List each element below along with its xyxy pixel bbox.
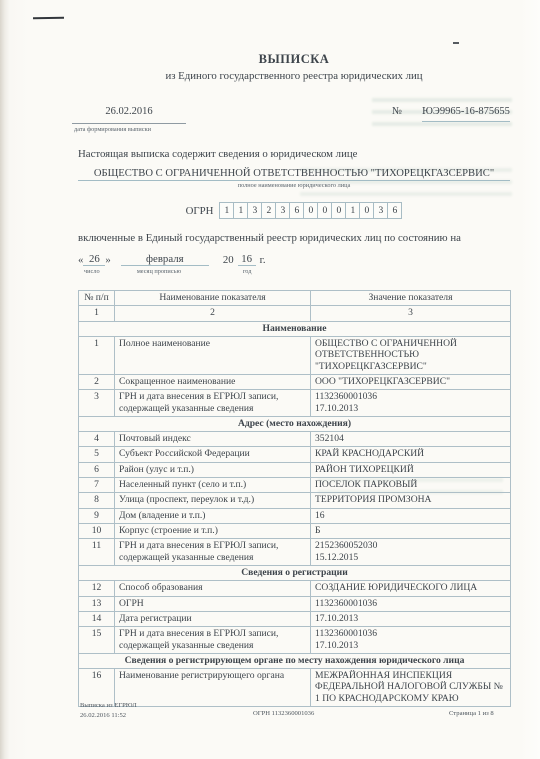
ogrn-digit-box: 3 (373, 202, 388, 219)
row-indicator-name: Почтовый индекс (115, 432, 311, 447)
scan-pen-mark (33, 17, 64, 20)
table-row: 15ГРН и дата внесения в ЕГРЮЛ записи, со… (79, 627, 511, 654)
section-title: Адрес (место нахождения) (79, 416, 511, 431)
table-row: 11ГРН и дата внесения в ЕГРЮЛ записи, со… (79, 539, 511, 566)
day-value: 26 (83, 253, 105, 266)
day-group: « 26 » число (78, 253, 111, 275)
row-number: 15 (79, 627, 115, 654)
table-row: 4Почтовый индекс352104 (79, 432, 511, 447)
row-number: 6 (79, 462, 115, 477)
section-header-row: Адрес (место нахождения) (79, 416, 511, 431)
row-indicator-value: 1132360001036 (311, 596, 511, 611)
row-number: 9 (79, 508, 115, 523)
row-indicator-value: Б (311, 524, 511, 539)
row-number: 7 (79, 478, 115, 493)
table-row: 2Сокращенное наименованиеООО "ТИХОРЕЦКГА… (79, 374, 511, 389)
section-title: Сведения о регистрации (79, 565, 511, 580)
col-header-name: Наименование показателя (115, 291, 311, 306)
row-indicator-name: Улица (проспект, переулок и т.д.) (115, 493, 311, 508)
row-number: 14 (79, 611, 115, 626)
row-indicator-name: Корпус (строение и т.п.) (115, 524, 311, 539)
row-indicator-value: КРАЙ КРАСНОДАРСКИЙ (311, 447, 511, 462)
ogrn-digit-box: 1 (219, 202, 234, 219)
document-subtitle: из Единого государственного реестра юрид… (78, 70, 510, 82)
table-row: 12Способ образованияСОЗДАНИЕ ЮРИДИЧЕСКОГ… (79, 581, 511, 596)
meta-row: 26.02.2016 дата формирования выписки № Ю… (78, 106, 510, 133)
document-number-block: № ЮЭ9965-16-875655 (392, 106, 510, 122)
row-number: 11 (79, 539, 115, 566)
month-caption: месяц прописью (137, 268, 223, 275)
ogrn-digit-box: 0 (317, 202, 332, 219)
col-number: 1 (79, 306, 115, 321)
century-value: 20 (223, 254, 234, 266)
company-name-caption: полное наименование юридического лица (78, 182, 510, 189)
register-table: № п/п Наименование показателя Значение п… (78, 290, 511, 707)
section-header-row: Сведения о регистрирующем органе по мест… (79, 653, 511, 668)
table-row: 9Дом (владение и т.п.)16 (79, 508, 511, 523)
table-row: 8Улица (проспект, переулок и т.д.)ТЕРРИТ… (79, 493, 511, 508)
row-indicator-name: Наименование регистрирующего органа (115, 669, 311, 707)
month-group: февраля месяц прописью (111, 253, 223, 275)
row-indicator-value: МЕЖРАЙОННАЯ ИНСПЕКЦИЯ ФЕДЕРАЛЬНОЙ НАЛОГО… (311, 669, 511, 707)
day-caption: число (84, 268, 111, 275)
row-indicator-value: ПОСЕЛОК ПАРКОВЫЙ (311, 478, 511, 493)
row-number: 13 (79, 596, 115, 611)
row-indicator-value: 2152360052030 15.12.2015 (311, 539, 511, 566)
row-number: 8 (79, 493, 115, 508)
document-number: ЮЭ9965-16-875655 (422, 106, 510, 122)
row-indicator-value: ОБЩЕСТВО С ОГРАНИЧЕННОЙ ОТВЕТСТВЕННОСТЬЮ… (311, 336, 511, 374)
row-number: 12 (79, 581, 115, 596)
table-header-row: № п/п Наименование показателя Значение п… (79, 291, 511, 306)
ogrn-digit-box: 1 (233, 202, 248, 219)
row-indicator-value: 17.10.2013 (311, 611, 511, 626)
year-group: 20 16 г. год (223, 253, 266, 275)
table-row: 6Район (улус и т.п.)РАЙОН ТИХОРЕЦКИЙ (79, 462, 511, 477)
row-indicator-name: ОГРН (115, 596, 311, 611)
col-header-num: № п/п (79, 291, 115, 306)
row-indicator-value: РАЙОН ТИХОРЕЦКИЙ (311, 462, 511, 477)
row-indicator-value: СОЗДАНИЕ ЮРИДИЧЕСКОГО ЛИЦА (311, 581, 511, 596)
table-row: 14Дата регистрации17.10.2013 (79, 611, 511, 626)
ogrn-digit-box: 6 (289, 202, 304, 219)
col-header-value: Значение показателя (311, 291, 511, 306)
row-indicator-name: Населенный пункт (село и т.п.) (115, 478, 311, 493)
footer-page-number: Страница 1 из 8 (449, 709, 494, 719)
table-row: 1Полное наименованиеОБЩЕСТВО С ОГРАНИЧЕН… (79, 336, 511, 374)
row-indicator-value: 352104 (311, 432, 511, 447)
row-indicator-name: Способ образования (115, 581, 311, 596)
footer-doc-type: Выписка из ЕГРЮЛ (80, 701, 137, 711)
ogrn-digit-box: 3 (247, 202, 262, 219)
ogrn-digit-box: 0 (303, 202, 318, 219)
row-indicator-name: Дом (владение и т.п.) (115, 508, 311, 523)
row-number: 1 (79, 336, 115, 374)
table-row: 10Корпус (строение и т.п.)Б (79, 524, 511, 539)
ogrn-digit-box: 2 (261, 202, 276, 219)
ogrn-digit-box: 0 (359, 202, 374, 219)
year-caption: год (243, 268, 266, 275)
section-header-row: Наименование (79, 321, 511, 336)
row-indicator-name: ГРН и дата внесения в ЕГРЮЛ записи, соде… (115, 390, 311, 417)
ogrn-label: ОГРН (186, 205, 214, 217)
col-number: 2 (115, 306, 311, 321)
footer-left: Выписка из ЕГРЮЛ 26.02.2016 11:52 (80, 701, 137, 721)
section-title: Сведения о регистрирующем органе по мест… (79, 653, 511, 668)
ogrn-digit-box: 1 (345, 202, 360, 219)
row-indicator-value: ООО "ТИХОРЕЦКГАЗСЕРВИС" (311, 374, 511, 389)
ogrn-line: ОГРН 1132360001036 (78, 202, 510, 219)
row-indicator-name: Сокращенное наименование (115, 374, 311, 389)
ogrn-digit-box: 6 (387, 202, 402, 219)
formation-date: 26.02.2016 (72, 106, 186, 124)
number-sign: № (392, 106, 402, 117)
document-title: ВЫПИСКА (78, 0, 510, 67)
ogrn-digit-box: 3 (275, 202, 290, 219)
row-indicator-name: ГРН и дата внесения в ЕГРЮЛ записи, соде… (115, 627, 311, 654)
year-suffix: г. (260, 254, 266, 266)
footer-ogrn: ОГРН 1132360001036 (253, 709, 314, 719)
row-number: 10 (79, 524, 115, 539)
row-indicator-name: ГРН и дата внесения в ЕГРЮЛ записи, соде… (115, 539, 311, 566)
section-header-row: Сведения о регистрации (79, 565, 511, 580)
row-number: 4 (79, 432, 115, 447)
table-row: 7Населенный пункт (село и т.п.)ПОСЕЛОК П… (79, 478, 511, 493)
table-row: 5Субъект Российской ФедерацииКРАЙ КРАСНО… (79, 447, 511, 462)
row-indicator-name: Полное наименование (115, 336, 311, 374)
row-indicator-name: Район (улус и т.п.) (115, 462, 311, 477)
footer-timestamp: 26.02.2016 11:52 (80, 711, 137, 721)
formation-date-block: 26.02.2016 дата формирования выписки (72, 106, 186, 133)
company-full-name: ОБЩЕСТВО С ОГРАНИЧЕННОЙ ОТВЕТСТВЕННОСТЬЮ… (78, 168, 510, 181)
row-number: 3 (79, 390, 115, 417)
month-value: февраля (121, 253, 209, 266)
as-of-date-line: « 26 » число февраля месяц прописью 20 1… (78, 253, 510, 275)
document-content: ВЫПИСКА из Единого государственного реес… (78, 0, 510, 707)
ogrn-boxes: 1132360001036 (220, 202, 402, 219)
col-number: 3 (311, 306, 511, 321)
column-numbers-row: 1 2 3 (79, 306, 511, 321)
row-indicator-name: Дата регистрации (115, 611, 311, 626)
intro-line: Настоящая выписка содержит сведения о юр… (78, 148, 510, 160)
scanned-document-page: ВЫПИСКА из Единого государственного реес… (0, 0, 540, 759)
table-row: 13ОГРН1132360001036 (79, 596, 511, 611)
row-indicator-name: Субъект Российской Федерации (115, 447, 311, 462)
section-title: Наименование (79, 321, 511, 336)
included-line: включенные в Единый государственный реес… (78, 232, 510, 244)
row-indicator-value: 16 (311, 508, 511, 523)
row-indicator-value: 1132360001036 17.10.2013 (311, 390, 511, 417)
table-row: 3ГРН и дата внесения в ЕГРЮЛ записи, сод… (79, 390, 511, 417)
row-number: 2 (79, 374, 115, 389)
register-table-body: № п/п Наименование показателя Значение п… (79, 291, 511, 707)
table-row: 16Наименование регистрирующего органаМЕЖ… (79, 669, 511, 707)
formation-date-label: дата формирования выписки (72, 126, 186, 133)
row-number: 5 (79, 447, 115, 462)
row-indicator-value: ТЕРРИТОРИЯ ПРОМЗОНА (311, 493, 511, 508)
ogrn-digit-box: 0 (331, 202, 346, 219)
year-value: 16 (238, 253, 256, 266)
row-indicator-value: 1132360001036 17.10.2013 (311, 627, 511, 654)
